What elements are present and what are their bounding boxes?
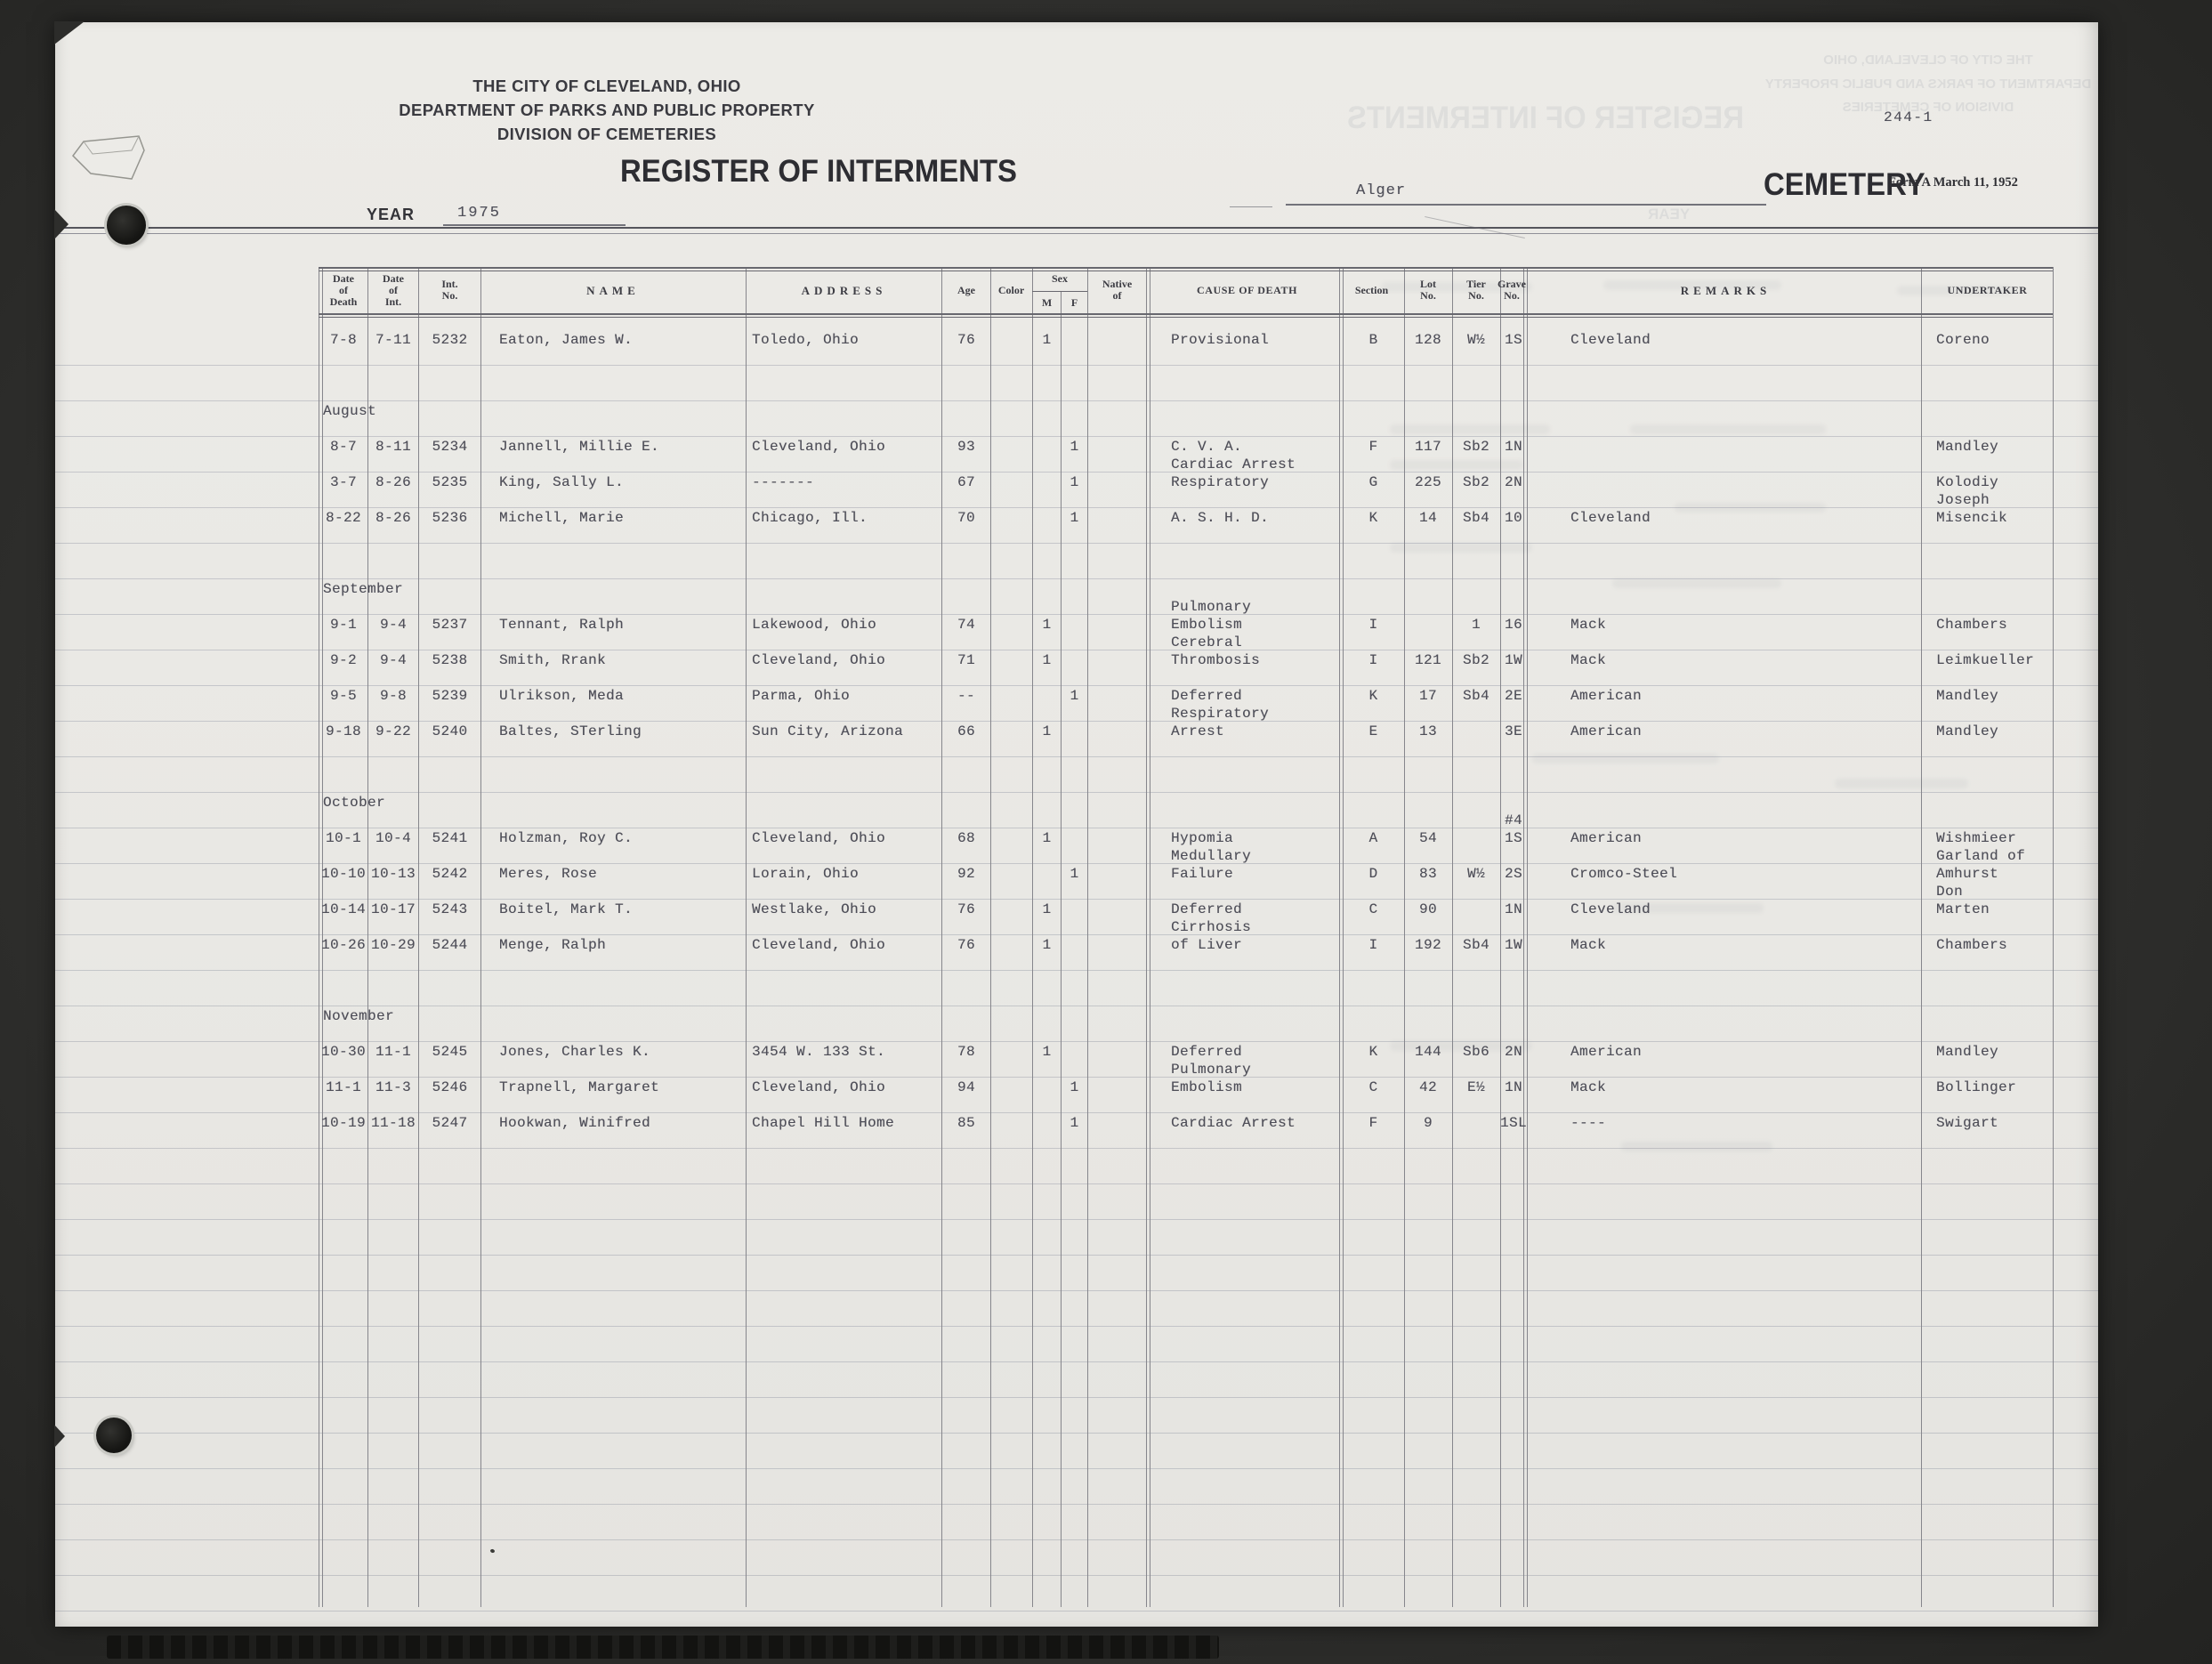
- cell-address: Chapel Hill Home: [747, 1114, 947, 1132]
- scanned-page: THE CITY OF CLEVELAND, OHIO DEPARTMENT O…: [55, 22, 2098, 1627]
- register-row: 10-1911-185247Hookwan, WinifredChapel Hi…: [55, 22, 2098, 1627]
- cell-int: 11-18: [368, 1114, 418, 1132]
- punch-hole: [96, 1418, 132, 1453]
- cell-age: 85: [942, 1114, 990, 1132]
- scanner-edge-strip: [107, 1636, 1219, 1659]
- cell-grave: 1SL: [1500, 1114, 1527, 1132]
- cell-cause: Cardiac Arrest: [1150, 1114, 1364, 1132]
- cell-death: 10-19: [319, 1114, 367, 1132]
- scanner-background: { "scan": { "page_number": "244-1" }, "h…: [0, 0, 2212, 1664]
- folded-corner-tab: [69, 134, 149, 184]
- punch-hole: [107, 206, 146, 245]
- cell-f: 1: [1062, 1114, 1087, 1132]
- cell-name: Hookwan, Winifred: [481, 1114, 763, 1132]
- cell-no: 5247: [419, 1114, 480, 1132]
- cell-undertaker: Swigart: [1922, 1114, 2079, 1132]
- cell-remarks: ----: [1530, 1114, 1961, 1132]
- cell-lot: 9: [1404, 1114, 1452, 1132]
- cell-section: F: [1343, 1114, 1404, 1132]
